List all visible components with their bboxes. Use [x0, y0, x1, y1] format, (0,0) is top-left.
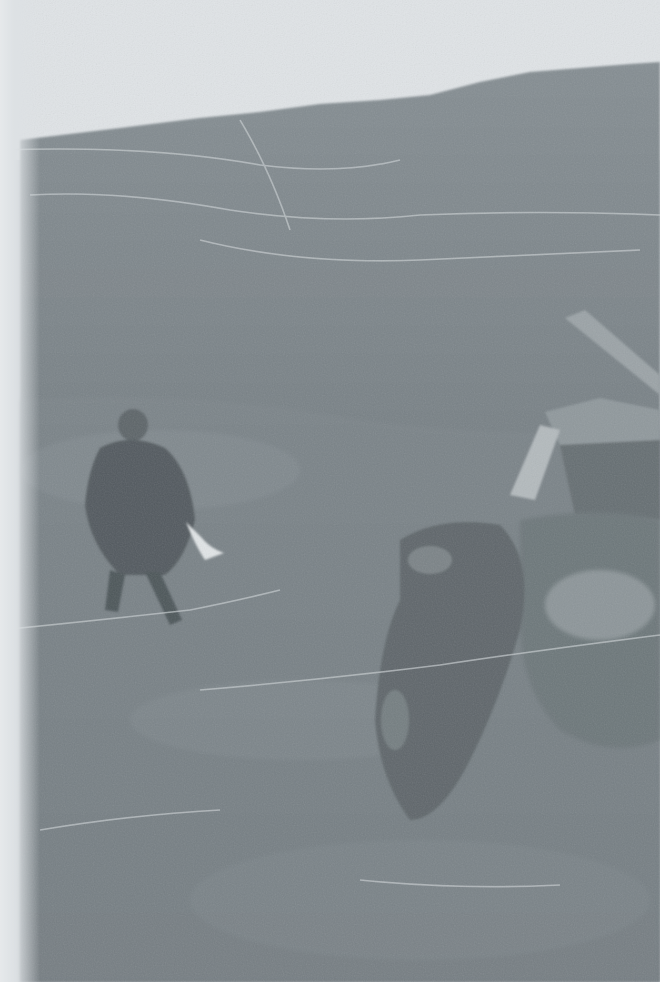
film-grain — [0, 0, 660, 982]
left-edge-fade — [0, 0, 40, 982]
photograph: Grainy, crinkled black-and-white photogr… — [0, 0, 660, 982]
scene — [0, 0, 660, 982]
